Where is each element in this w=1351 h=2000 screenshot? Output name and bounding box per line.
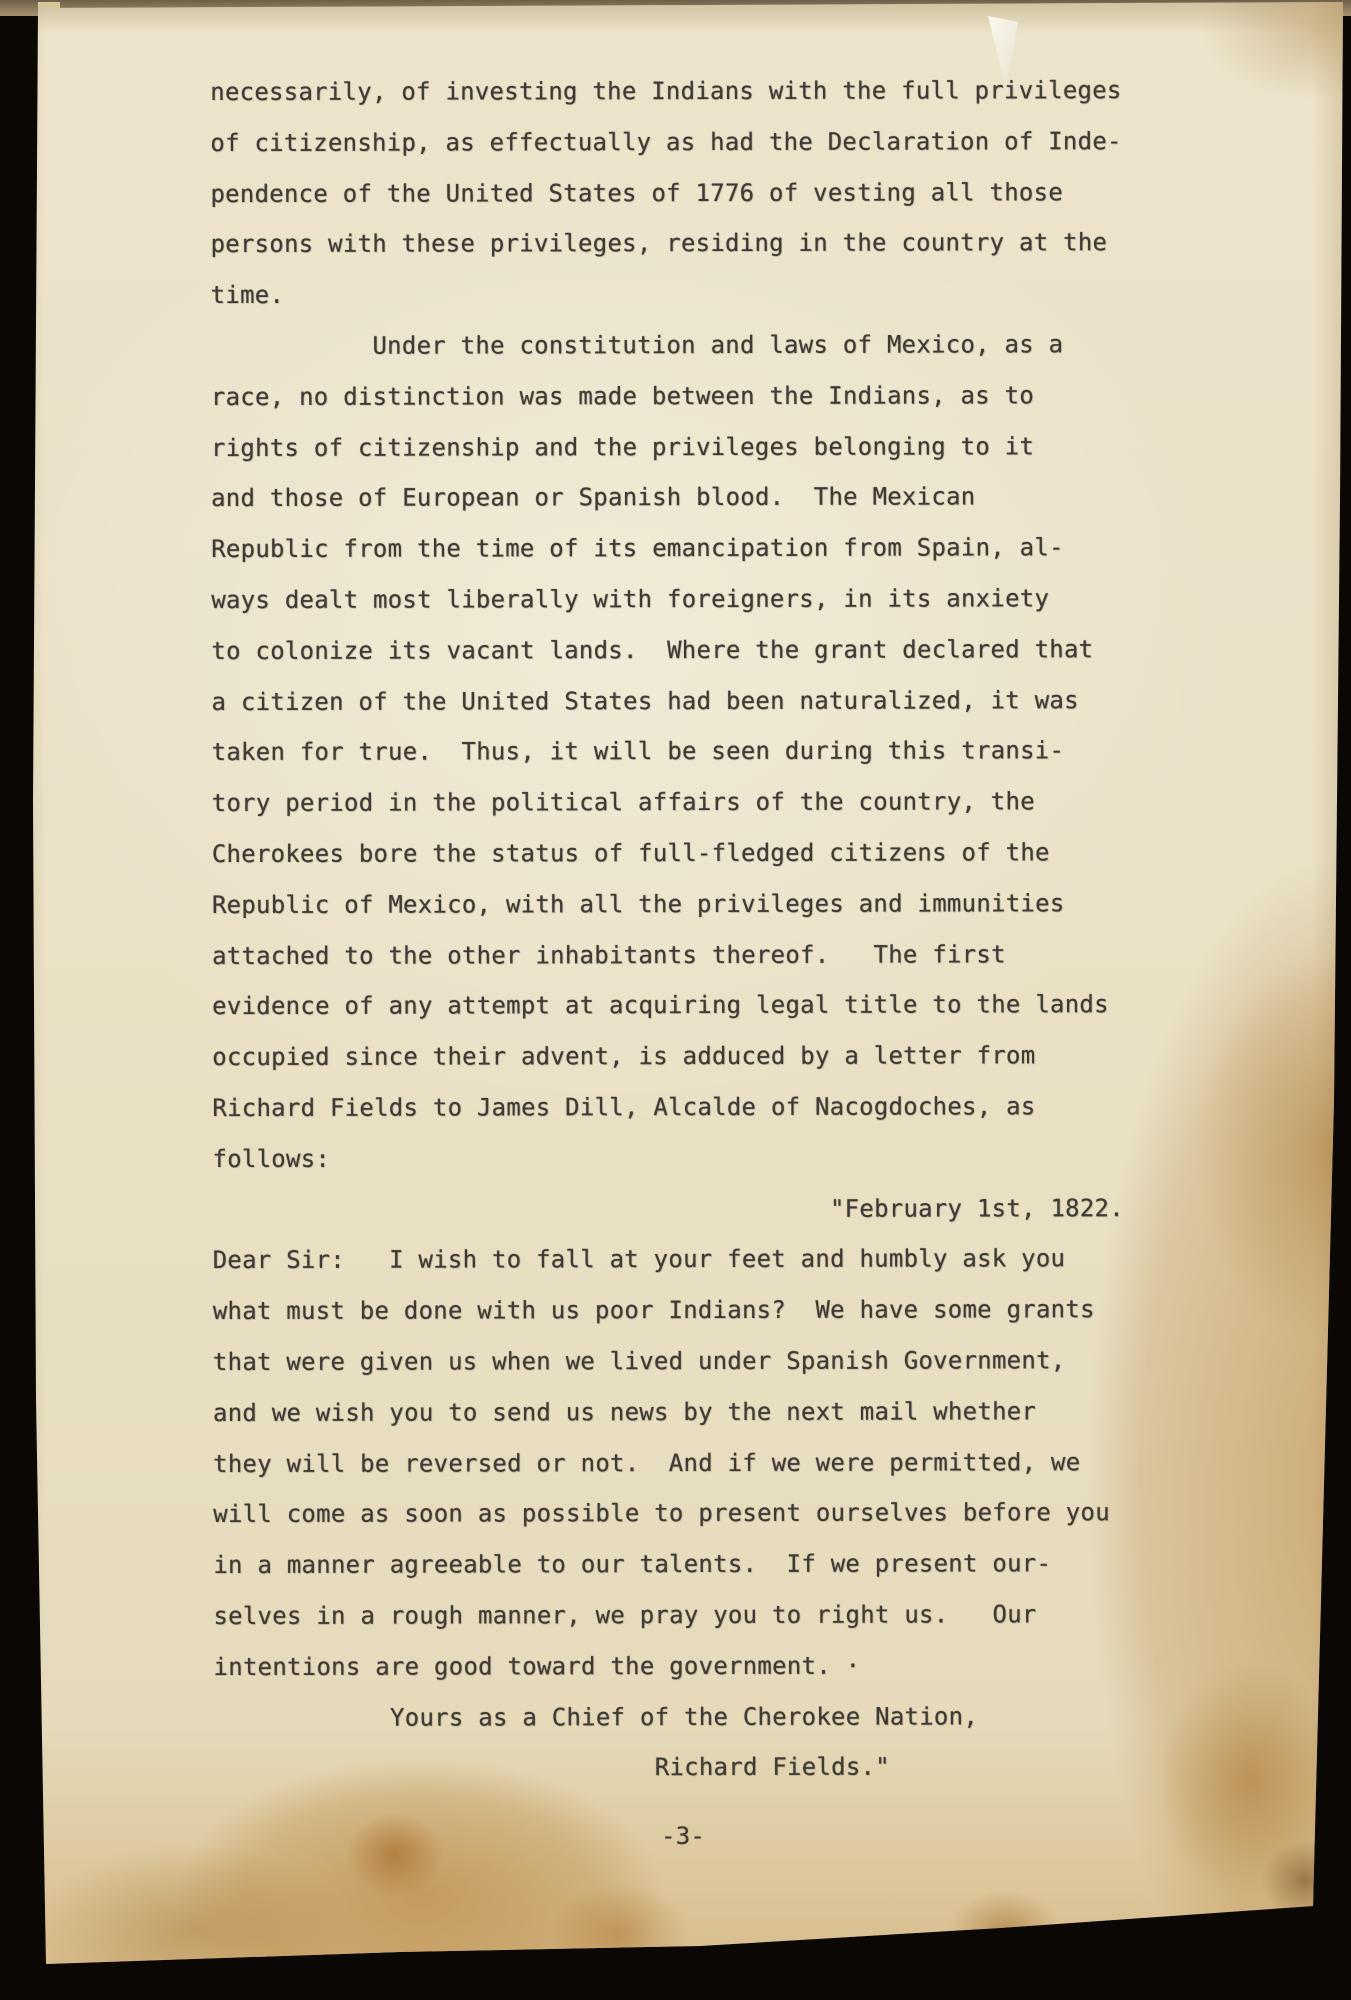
text-line: Republic of Mexico, with all the privile…: [212, 878, 1212, 931]
text-line: tory period in the political affairs of …: [212, 776, 1212, 829]
text-line: in a manner agreeable to our talents. If…: [213, 1538, 1213, 1591]
text-line: attached to the other inhabitants thereo…: [212, 928, 1212, 981]
text-line: Richard Fields to James Dill, Alcalde of…: [212, 1081, 1212, 1134]
text-line: necessarily, of investing the Indians wi…: [210, 65, 1210, 118]
text-line: "February 1st, 1822.: [213, 1182, 1213, 1235]
text-line: Yours as a Chief of the Cherokee Nation,: [214, 1690, 1214, 1743]
text-line: to colonize its vacant lands. Where the …: [211, 624, 1211, 677]
text-line: intentions are good toward the governmen…: [213, 1640, 1213, 1693]
text-line: taken for true. Thus, it will be seen du…: [212, 725, 1212, 778]
text-line: Dear Sir: I wish to fall at your feet an…: [213, 1233, 1213, 1286]
text-line: persons with these privileges, residing …: [211, 217, 1211, 270]
text-line: pendence of the United States of 1776 of…: [210, 167, 1210, 220]
text-line: time.: [211, 268, 1211, 321]
text-line: rights of citizenship and the privileges…: [211, 421, 1211, 474]
document-page: necessarily, of investing the Indians wi…: [0, 0, 1351, 2000]
text-line: they will be reversed or not. And if we …: [213, 1436, 1213, 1489]
page-number: -3-: [661, 1822, 705, 1850]
text-line: race, no distinction was made between th…: [211, 370, 1211, 423]
text-line: that were given us when we lived under S…: [213, 1335, 1213, 1388]
text-line: will come as soon as possible to present…: [213, 1487, 1213, 1540]
photograph-background: necessarily, of investing the Indians wi…: [0, 0, 1351, 2000]
text-line: ways dealt most liberally with foreigner…: [211, 573, 1211, 626]
text-line: Republic from the time of its emancipati…: [211, 522, 1211, 575]
text-line: a citizen of the United States had been …: [211, 675, 1211, 728]
text-line: Cherokees bore the status of full-fledge…: [212, 827, 1212, 880]
text-line: of citizenship, as effectually as had th…: [210, 116, 1210, 169]
text-line: and those of European or Spanish blood. …: [211, 471, 1211, 524]
text-line: what must be done with us poor Indians? …: [213, 1284, 1213, 1337]
text-line: and we wish you to send us news by the n…: [213, 1386, 1213, 1439]
text-line: Richard Fields.": [214, 1741, 1214, 1794]
text-line: Under the constitution and laws of Mexic…: [211, 319, 1211, 372]
text-line: follows:: [212, 1132, 1212, 1185]
text-line: evidence of any attempt at acquiring leg…: [212, 979, 1212, 1032]
text-line: selves in a rough manner, we pray you to…: [213, 1589, 1213, 1642]
text-line: occupied since their advent, is adduced …: [212, 1030, 1212, 1083]
typewritten-text: necessarily, of investing the Indians wi…: [210, 65, 1214, 1794]
